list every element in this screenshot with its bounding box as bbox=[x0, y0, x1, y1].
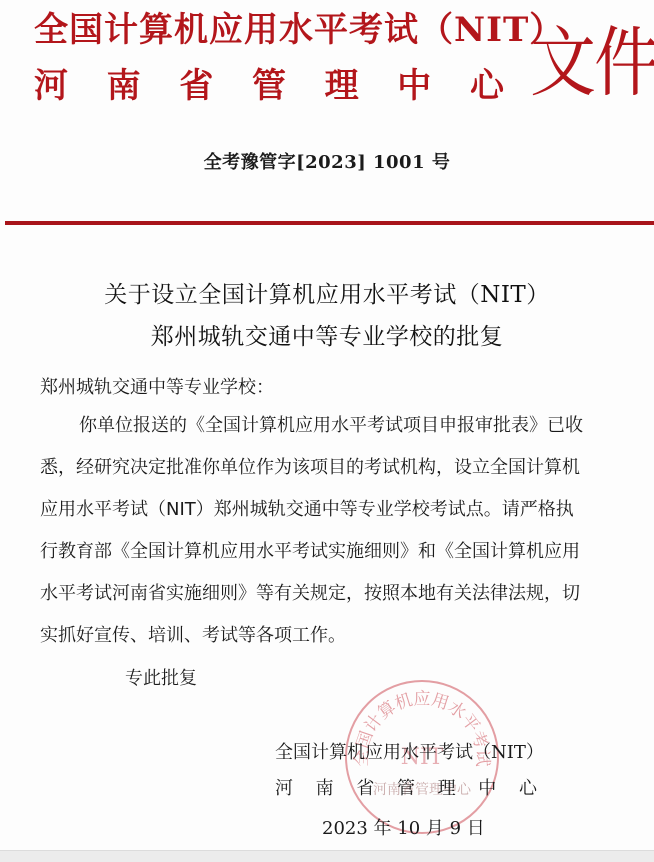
header-document-suffix: 文件 bbox=[530, 12, 654, 116]
header-char: 南 bbox=[107, 66, 141, 106]
signature-char: 理 bbox=[438, 774, 456, 800]
body-line: 你单位报送的《全国计算机应用水平考试项目申报审批表》已收 bbox=[79, 411, 583, 437]
body-line: 应用水平考试（NIT）郑州城轨交通中等专业学校考试点。请严格执 bbox=[40, 495, 574, 521]
header-char: 省 bbox=[179, 66, 213, 106]
header-char: 心 bbox=[470, 66, 504, 106]
signature-date: 2023 年 10 月 9 日 bbox=[322, 814, 485, 840]
signature-org-line2: 河 南 省 管 理 中 心 bbox=[275, 774, 537, 800]
body-line: 行教育部《全国计算机应用水平考试实施细则》和《全国计算机应用 bbox=[40, 537, 580, 563]
document-page: 全国计算机应用水平考试（NIT） 河 南 省 管 理 中 心 文件 全考豫管字[… bbox=[0, 0, 654, 850]
header-char: 管 bbox=[252, 66, 286, 106]
header-char: 河 bbox=[34, 66, 68, 106]
red-divider bbox=[5, 221, 654, 225]
signature-char: 中 bbox=[478, 774, 496, 800]
document-number: 全考豫管字[2023] 1001 号 bbox=[0, 148, 654, 174]
viewer-bottom-strip bbox=[0, 850, 654, 862]
body-line: 悉，经研究决定批准你单位作为该项目的考试机构，设立全国计算机 bbox=[40, 453, 580, 479]
signature-char: 南 bbox=[316, 774, 334, 800]
signature-char: 省 bbox=[356, 774, 374, 800]
signature-org-line1: 全国计算机应用水平考试（NIT） bbox=[275, 738, 544, 764]
salutation: 郑州城轨交通中等专业学校： bbox=[40, 373, 274, 399]
signature-char: 河 bbox=[275, 774, 293, 800]
signature-char: 管 bbox=[397, 774, 415, 800]
body-line: 水平考试河南省实施细则》等有关规定，按照本地有关法律法规，切 bbox=[40, 579, 580, 605]
document-title-line1: 关于设立全国计算机应用水平考试（NIT） bbox=[0, 276, 654, 309]
signature-char: 心 bbox=[519, 774, 537, 800]
document-title-line2: 郑州城轨交通中等专业学校的批复 bbox=[0, 318, 654, 351]
header-char: 理 bbox=[325, 66, 359, 106]
header-org-line1: 全国计算机应用水平考试（NIT） bbox=[34, 10, 564, 50]
header-org-line2: 河 南 省 管 理 中 心 bbox=[34, 66, 504, 106]
closing-remark: 专此批复 bbox=[125, 664, 197, 690]
body-line: 实抓好宣传、培训、考试等各项工作。 bbox=[40, 621, 346, 647]
header-char: 中 bbox=[397, 66, 431, 106]
